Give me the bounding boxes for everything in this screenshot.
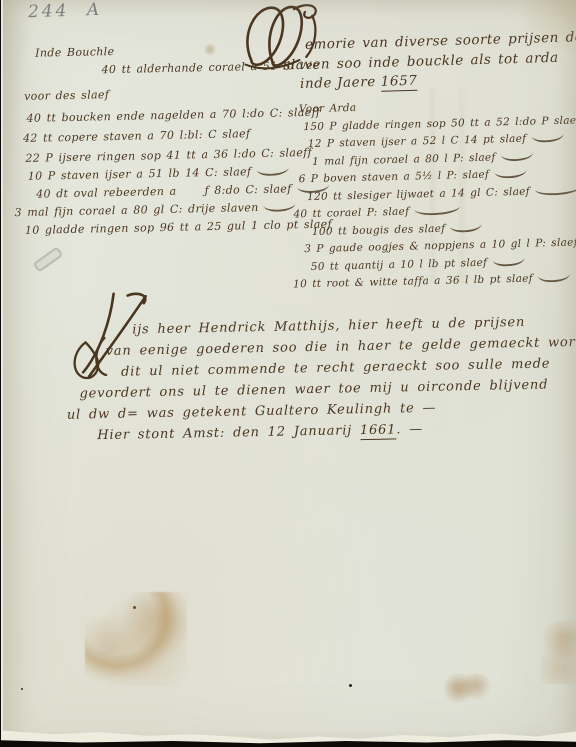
manuscript-line: 40 tt alderhande corael a 51 lb vee [101, 57, 301, 79]
line-text: 50 tt quantij a 10 l lb pt slaef [311, 256, 488, 272]
line-text: 12 P staven ijser a 52 l C 14 pt slaef [308, 133, 527, 150]
line-flourish [492, 254, 525, 266]
stain [85, 592, 187, 686]
closing-suffix: . — [396, 422, 423, 438]
line-text: 3 mal fijn corael a 80 gl C: drije slave… [14, 201, 258, 219]
stain [541, 620, 576, 684]
header-date-text: inde Jaere [300, 74, 381, 92]
header-year-underlined: 1657 [381, 73, 418, 92]
closing-text: Hier stont Amst: den 12 Januarij [97, 423, 360, 443]
right-price-list: Voor Arda 150 P gladde ringen sop 50 tt … [289, 91, 576, 294]
ink-speck [349, 684, 352, 687]
manuscript-page: 244 A emorie van diverse soorte prijsen … [3, 0, 576, 747]
left-price-list: Inde Bouchle 40 tt alderhande corael a 5… [21, 33, 305, 240]
closing-year-underlined: 1661 [360, 422, 397, 440]
stain [441, 674, 491, 702]
closing-note: ijs heer Hendrick Matthijs, hier heeft u… [60, 283, 568, 447]
line-flourish [414, 203, 461, 216]
line-text: 10 P staven ijser a 51 lb 14 C: slaef [28, 165, 252, 183]
line-text: 6 P boven staven a 5½ l P: slaef [298, 169, 489, 186]
line-flourish [535, 183, 576, 196]
line-text: 40 tt corael P: slaef [293, 206, 409, 221]
line-text: 3 P gaude oogjes & noppjens a 10 gl l P:… [304, 237, 576, 256]
line-flourish [538, 271, 571, 283]
line-text: 40 dt oval rebeerden a ƒ 8:do C: slaef [36, 182, 292, 200]
line-flourish [494, 167, 527, 179]
line-flourish [531, 131, 564, 143]
line-flourish [500, 149, 533, 161]
line-text: 120 tt slesiger lijwaet a 14 gl C: slaef [307, 185, 530, 202]
line-text: 100 tt bougis des slaef [312, 222, 446, 237]
ink-speck [21, 688, 23, 690]
line-flourish [256, 165, 289, 177]
crease-mark [33, 246, 64, 272]
flourish-initial-w-icon [68, 291, 166, 385]
pencil-folio-number: 244 A [28, 0, 103, 22]
manuscript-line: voor des slaef [24, 82, 302, 106]
line-text: 1 mal fijn corael a 80 l P: slaef [312, 151, 496, 167]
line-flourish [450, 221, 483, 233]
ink-speck [133, 606, 136, 609]
